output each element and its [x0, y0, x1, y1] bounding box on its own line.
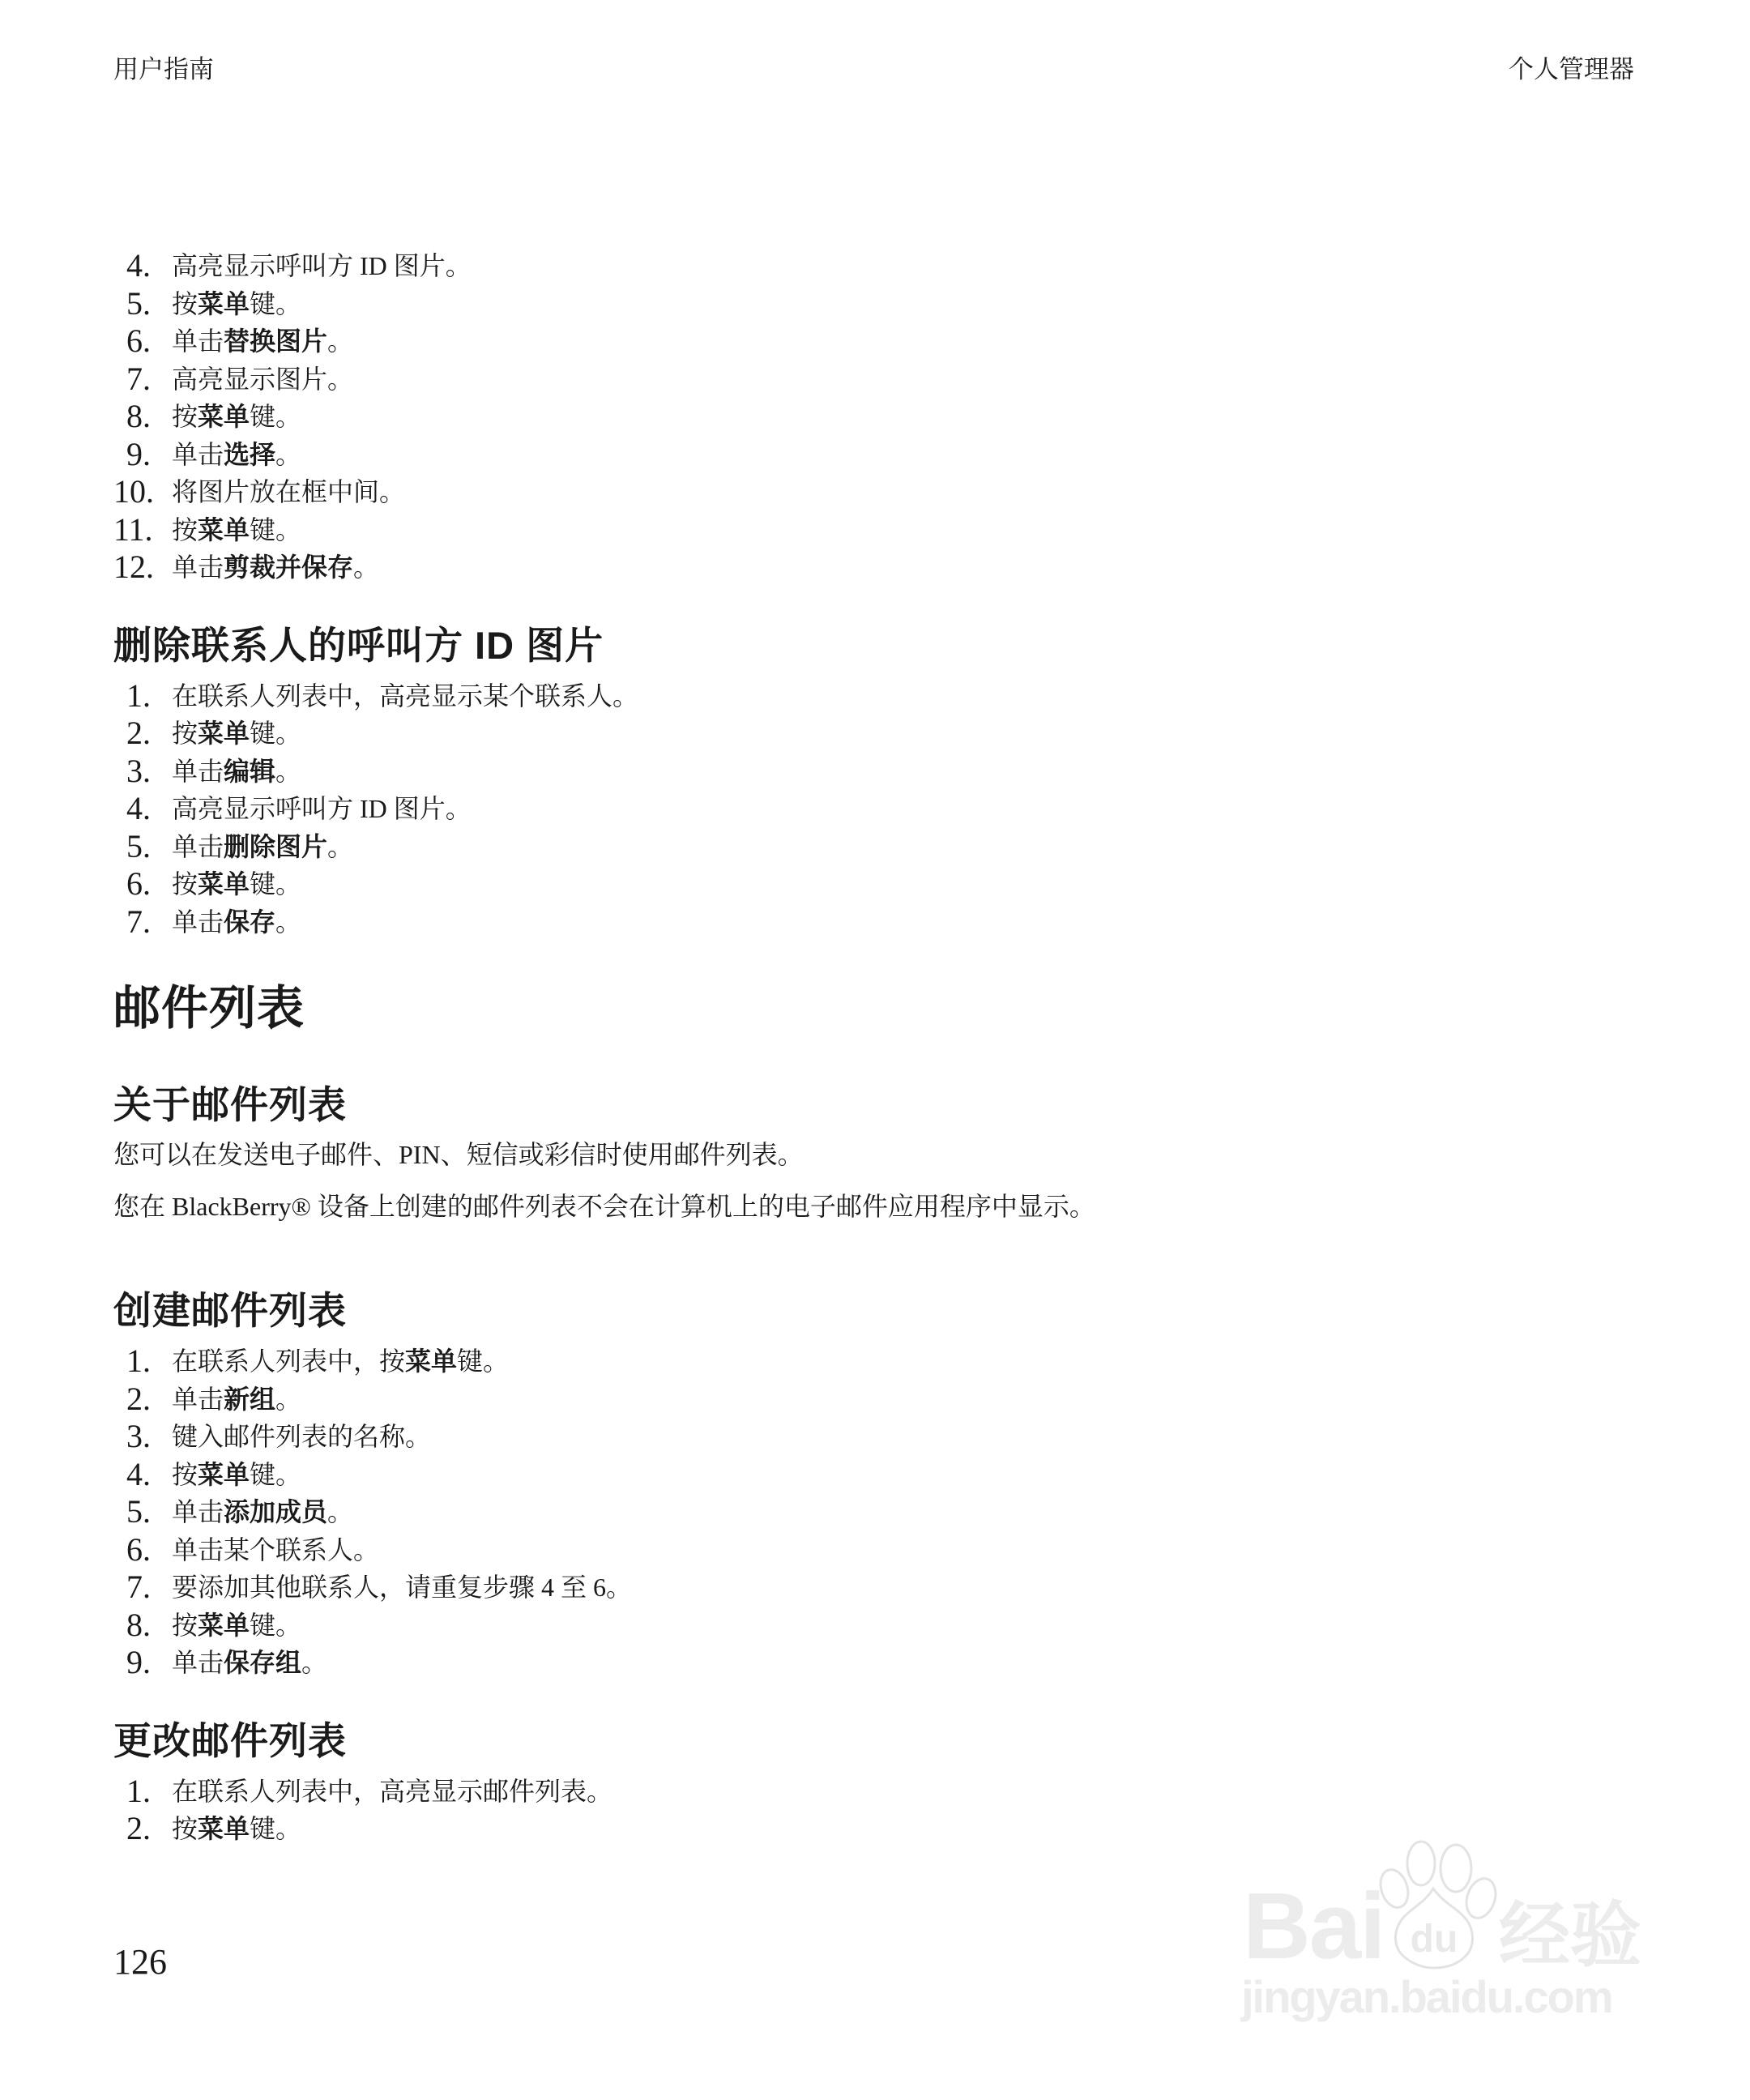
- list-item-text: 单击新组。: [172, 1381, 301, 1419]
- text-run: 单击: [172, 553, 224, 582]
- list-item-text: 按菜单键。: [172, 511, 301, 549]
- list-item: 10.将图片放在框中间。: [113, 473, 1637, 511]
- list-item-number: 4.: [113, 1456, 151, 1494]
- list-item: 4.高亮显示呼叫方 ID 图片。: [113, 247, 1637, 285]
- list-item-text: 要添加其他联系人，请重复步骤 4 至 6。: [172, 1569, 632, 1607]
- list-item-number: 4.: [113, 247, 151, 285]
- text-run: 单击: [172, 440, 224, 469]
- text-run: 。: [275, 1385, 301, 1414]
- list-item-number: 8.: [113, 1607, 151, 1645]
- text-run: 在联系人列表中，高亮显示邮件列表。: [172, 1777, 612, 1806]
- text-run: 单击: [172, 1385, 224, 1414]
- paragraph: 您可以在发送电子邮件、PIN、短信或彩信时使用邮件列表。: [113, 1138, 1637, 1171]
- text-run: 键。: [250, 1460, 301, 1489]
- text-run: 单击: [172, 327, 224, 356]
- text-run: 键。: [250, 402, 301, 431]
- list-item-text: 按菜单键。: [172, 715, 301, 753]
- list-item: 6.单击替换图片。: [113, 322, 1637, 361]
- text-run: 在联系人列表中，高亮显示某个联系人。: [172, 681, 638, 711]
- list-item-number: 1.: [113, 677, 151, 715]
- list-item: 3.单击编辑。: [113, 753, 1637, 791]
- list-item-number: 12.: [113, 548, 151, 587]
- ui-term: 菜单: [405, 1347, 457, 1376]
- text-run: 。: [327, 327, 353, 356]
- list-item-number: 3.: [113, 1418, 151, 1456]
- list-item: 2.按菜单键。: [113, 715, 1637, 753]
- list-item-number: 2.: [113, 1381, 151, 1419]
- text-run: 。: [327, 1497, 353, 1526]
- chapter-title: 邮件列表: [113, 984, 1637, 1033]
- list-item-text: 高亮显示图片。: [172, 361, 353, 399]
- list-item-number: 5.: [113, 285, 151, 323]
- text-run: 要添加其他联系人，请重复步骤 4 至 6。: [172, 1573, 632, 1602]
- text-run: 按: [172, 1814, 198, 1843]
- list-item-text: 按菜单键。: [172, 1810, 301, 1848]
- list-item: 4.按菜单键。: [113, 1456, 1637, 1494]
- paragraph: 您在 BlackBerry® 设备上创建的邮件列表不会在计算机上的电子邮件应用程…: [113, 1190, 1637, 1223]
- list-item: 6.单击某个联系人。: [113, 1531, 1637, 1569]
- ui-term: 菜单: [198, 515, 250, 544]
- text-run: 按: [172, 289, 198, 318]
- list-item-number: 11.: [113, 511, 151, 549]
- list-item-number: 6.: [113, 865, 151, 903]
- list-item-text: 单击替换图片。: [172, 322, 353, 361]
- ui-term: 添加成员: [224, 1497, 327, 1526]
- list-item-text: 将图片放在框中间。: [172, 473, 405, 511]
- list-item-number: 1.: [113, 1342, 151, 1381]
- text-run: 键。: [250, 719, 301, 748]
- text-run: 。: [275, 440, 301, 469]
- ui-term: 菜单: [198, 719, 250, 748]
- list-item-number: 10.: [113, 473, 151, 511]
- list-item: 4.高亮显示呼叫方 ID 图片。: [113, 790, 1637, 828]
- instruction-list: 1.在联系人列表中，高亮显示某个联系人。2.按菜单键。3.单击编辑。4.高亮显示…: [113, 677, 1637, 941]
- text-run: 键。: [250, 289, 301, 318]
- watermark-paw-label: du: [1411, 1918, 1458, 1961]
- list-item: 7.要添加其他联系人，请重复步骤 4 至 6。: [113, 1569, 1637, 1607]
- ui-term: 保存组: [224, 1648, 301, 1677]
- list-item-text: 在联系人列表中，高亮显示某个联系人。: [172, 677, 638, 715]
- text-run: 键。: [250, 1814, 301, 1843]
- text-run: 按: [172, 402, 198, 431]
- list-item-number: 2.: [113, 715, 151, 753]
- text-run: 按: [172, 515, 198, 544]
- instruction-list: 4.高亮显示呼叫方 ID 图片。5.按菜单键。6.单击替换图片。7.高亮显示图片…: [113, 247, 1637, 587]
- document-page: 用户指南 个人管理器 4.高亮显示呼叫方 ID 图片。5.按菜单键。6.单击替换…: [0, 0, 1750, 2100]
- text-run: 。: [275, 757, 301, 786]
- ui-term: 菜单: [198, 1460, 250, 1489]
- list-item-number: 5.: [113, 1493, 151, 1531]
- ui-term: 菜单: [198, 869, 250, 898]
- list-item: 1.在联系人列表中，高亮显示某个联系人。: [113, 677, 1637, 715]
- list-item-text: 在联系人列表中，高亮显示邮件列表。: [172, 1773, 612, 1811]
- text-run: 高亮显示呼叫方 ID 图片。: [172, 251, 472, 280]
- text-run: 键。: [250, 515, 301, 544]
- baidu-jingyan-watermark: Bai du 经验 jingyan.baidu.com: [1238, 1835, 1659, 2038]
- ui-term: 删除图片: [224, 832, 327, 861]
- ui-term: 保存: [224, 907, 275, 937]
- list-item-number: 7.: [113, 903, 151, 941]
- list-item-number: 6.: [113, 1531, 151, 1569]
- list-item-text: 键入邮件列表的名称。: [172, 1418, 431, 1456]
- text-run: 。: [327, 832, 353, 861]
- document-content: 4.高亮显示呼叫方 ID 图片。5.按菜单键。6.单击替换图片。7.高亮显示图片…: [113, 0, 1637, 1848]
- list-item: 8.按菜单键。: [113, 1607, 1637, 1645]
- text-run: 高亮显示呼叫方 ID 图片。: [172, 794, 472, 823]
- watermark-url: jingyan.baidu.com: [1241, 1974, 1612, 2020]
- ui-term: 菜单: [198, 1611, 250, 1640]
- list-item-number: 4.: [113, 790, 151, 828]
- text-run: 键。: [250, 1611, 301, 1640]
- section-title: 删除联系人的呼叫方 ID 图片: [113, 626, 1637, 665]
- list-item: 7.高亮显示图片。: [113, 361, 1637, 399]
- list-item: 9.单击保存组。: [113, 1644, 1637, 1682]
- list-item-number: 8.: [113, 398, 151, 436]
- text-run: 单击: [172, 832, 224, 861]
- list-item: 5.按菜单键。: [113, 285, 1637, 323]
- list-item-text: 在联系人列表中，按菜单键。: [172, 1342, 509, 1381]
- section-title: 更改邮件列表: [113, 1722, 1637, 1761]
- list-item-number: 5.: [113, 828, 151, 866]
- text-run: 按: [172, 1460, 198, 1489]
- text-run: 将图片放在框中间。: [172, 477, 405, 506]
- baidu-paw-icon: du: [1376, 1840, 1497, 1971]
- ui-term: 菜单: [198, 402, 250, 431]
- text-run: 单击: [172, 1497, 224, 1526]
- text-run: 单击: [172, 907, 224, 937]
- text-run: 单击某个联系人。: [172, 1535, 379, 1564]
- section-title: 创建邮件列表: [113, 1291, 1637, 1330]
- list-item-text: 单击添加成员。: [172, 1493, 353, 1531]
- list-item: 1.在联系人列表中，按菜单键。: [113, 1342, 1637, 1381]
- list-item-text: 按菜单键。: [172, 398, 301, 436]
- list-item-text: 单击某个联系人。: [172, 1531, 379, 1569]
- text-run: 。: [353, 553, 379, 582]
- list-item-text: 按菜单键。: [172, 285, 301, 323]
- list-item-text: 按菜单键。: [172, 1607, 301, 1645]
- watermark-brand-text: Bai: [1243, 1879, 1385, 1973]
- list-item-text: 单击剪裁并保存。: [172, 548, 379, 587]
- list-item-text: 高亮显示呼叫方 ID 图片。: [172, 790, 472, 828]
- text-run: 单击: [172, 757, 224, 786]
- list-item-number: 1.: [113, 1773, 151, 1811]
- list-item-number: 3.: [113, 753, 151, 791]
- list-item-text: 单击编辑。: [172, 753, 301, 791]
- list-item-number: 7.: [113, 1569, 151, 1607]
- section-title: 关于邮件列表: [113, 1086, 1637, 1125]
- list-item-text: 单击保存组。: [172, 1644, 327, 1682]
- list-item: 5.单击删除图片。: [113, 828, 1637, 866]
- ui-term: 选择: [224, 440, 275, 469]
- list-item-number: 6.: [113, 322, 151, 361]
- list-item: 11.按菜单键。: [113, 511, 1637, 549]
- list-item-text: 单击保存。: [172, 903, 301, 941]
- text-run: 按: [172, 719, 198, 748]
- list-item-number: 9.: [113, 436, 151, 474]
- ui-term: 新组: [224, 1385, 275, 1414]
- text-run: 键。: [250, 869, 301, 898]
- list-item-number: 2.: [113, 1810, 151, 1848]
- list-item-number: 7.: [113, 361, 151, 399]
- list-item-number: 9.: [113, 1644, 151, 1682]
- page-number: 126: [113, 1944, 167, 1980]
- list-item: 3.键入邮件列表的名称。: [113, 1418, 1637, 1456]
- ui-term: 替换图片: [224, 327, 327, 356]
- list-item-text: 高亮显示呼叫方 ID 图片。: [172, 247, 472, 285]
- text-run: 。: [301, 1648, 327, 1677]
- list-item: 12.单击剪裁并保存。: [113, 548, 1637, 587]
- text-run: 在联系人列表中，按: [172, 1347, 405, 1376]
- watermark-brand-cn: 经验: [1499, 1895, 1641, 1976]
- list-item-text: 单击删除图片。: [172, 828, 353, 866]
- text-run: 按: [172, 869, 198, 898]
- text-run: 按: [172, 1611, 198, 1640]
- list-item: 7.单击保存。: [113, 903, 1637, 941]
- list-item-text: 单击选择。: [172, 436, 301, 474]
- list-item-text: 按菜单键。: [172, 865, 301, 903]
- list-item: 8.按菜单键。: [113, 398, 1637, 436]
- ui-term: 菜单: [198, 289, 250, 318]
- list-item: 6.按菜单键。: [113, 865, 1637, 903]
- ui-term: 剪裁并保存: [224, 553, 353, 582]
- ui-term: 编辑: [224, 757, 275, 786]
- ui-term: 菜单: [198, 1814, 250, 1843]
- list-item: 2.单击新组。: [113, 1381, 1637, 1419]
- text-run: 键入邮件列表的名称。: [172, 1422, 431, 1451]
- text-run: 。: [275, 907, 301, 937]
- text-run: 键。: [457, 1347, 509, 1376]
- list-item: 9.单击选择。: [113, 436, 1637, 474]
- text-run: 高亮显示图片。: [172, 365, 353, 394]
- instruction-list: 1.在联系人列表中，按菜单键。2.单击新组。3.键入邮件列表的名称。4.按菜单键…: [113, 1342, 1637, 1682]
- list-item: 1.在联系人列表中，高亮显示邮件列表。: [113, 1773, 1637, 1811]
- list-item-text: 按菜单键。: [172, 1456, 301, 1494]
- text-run: 单击: [172, 1648, 224, 1677]
- list-item: 5.单击添加成员。: [113, 1493, 1637, 1531]
